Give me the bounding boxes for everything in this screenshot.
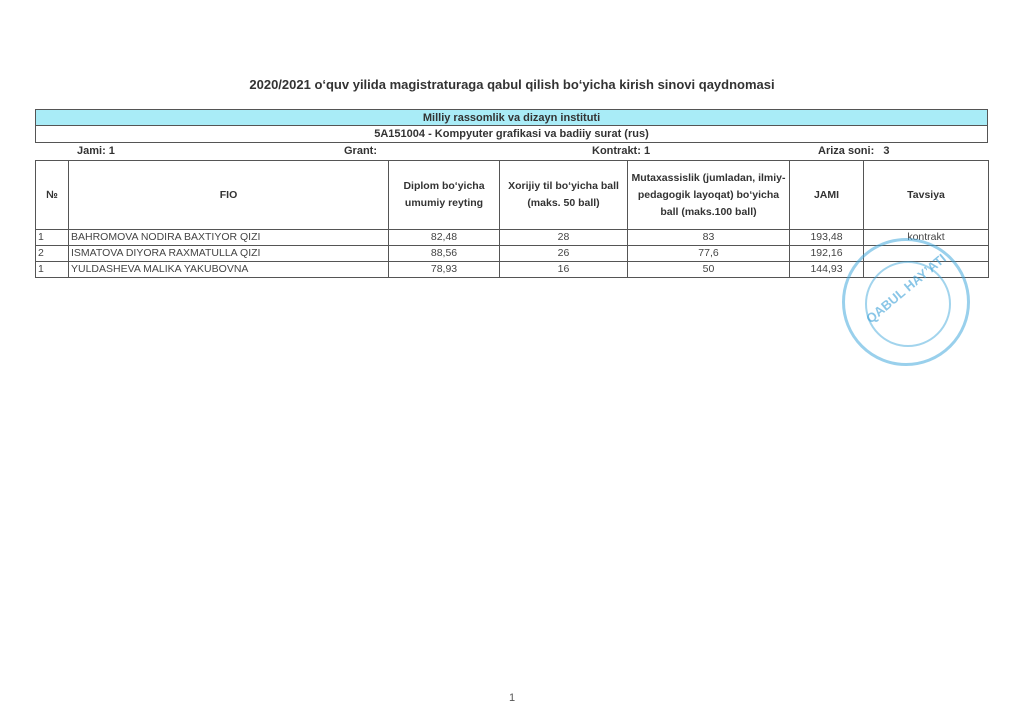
- header-tavsiya: Tavsiya: [864, 161, 989, 230]
- cell-fio: YULDASHEVA MALIKA YAKUBOVNA: [69, 262, 389, 278]
- header-diplom: Diplom bo‘yicha umumiy reyting: [389, 161, 500, 230]
- admission-sheet: Milliy rassomlik va dizayn instituti 5A1…: [35, 109, 988, 278]
- header-xorijiy: Xorijiy til bo‘yicha ball (maks. 50 ball…: [500, 161, 628, 230]
- table-header: № FIO Diplom bo‘yicha umumiy reyting Xor…: [36, 161, 989, 230]
- cell-fio: BAHROMOVA NODIRA BAXTIYOR QIZI: [69, 230, 389, 246]
- cell-diplom: 82,48: [389, 230, 500, 246]
- cell-xorijiy: 28: [500, 230, 628, 246]
- table-row: 2 ISMATOVA DIYORA RAXMATULLA QIZI 88,56 …: [36, 246, 989, 262]
- jami-count: Jami: 1: [77, 145, 115, 157]
- cell-number: 2: [36, 246, 69, 262]
- cell-diplom: 88,56: [389, 246, 500, 262]
- kontrakt-count: Kontrakt: 1: [592, 145, 650, 157]
- table-row: 1 YULDASHEVA MALIKA YAKUBOVNA 78,93 16 5…: [36, 262, 989, 278]
- page-number: 1: [0, 692, 1024, 704]
- cell-mutaxassislik: 83: [628, 230, 790, 246]
- ariza-count: Ariza soni: 3: [818, 145, 890, 157]
- cell-number: 1: [36, 262, 69, 278]
- cell-mutaxassislik: 50: [628, 262, 790, 278]
- institution-band: Milliy rassomlik va dizayn instituti: [35, 109, 988, 126]
- official-seal-icon: QABUL HAY’ATI: [842, 238, 970, 366]
- cell-jami: 193,48: [790, 230, 864, 246]
- cell-xorijiy: 16: [500, 262, 628, 278]
- header-mutaxassislik: Mutaxassislik (jumladan, ilmiy-pedagogik…: [628, 161, 790, 230]
- header-jami: JAMI: [790, 161, 864, 230]
- header-fio: FIO: [69, 161, 389, 230]
- cell-fio: ISMATOVA DIYORA RAXMATULLA QIZI: [69, 246, 389, 262]
- cell-number: 1: [36, 230, 69, 246]
- specialty-band: 5A151004 - Kompyuter grafikasi va badiiy…: [35, 126, 988, 143]
- summary-row: Jami: 1 Grant: Kontrakt: 1 Ariza soni: 3: [35, 143, 988, 160]
- header-number: №: [36, 161, 69, 230]
- cell-jami: 192,16: [790, 246, 864, 262]
- cell-diplom: 78,93: [389, 262, 500, 278]
- cell-mutaxassislik: 77,6: [628, 246, 790, 262]
- results-table: № FIO Diplom bo‘yicha umumiy reyting Xor…: [35, 160, 989, 278]
- cell-xorijiy: 26: [500, 246, 628, 262]
- document-title: 2020/2021 o‘quv yilida magistraturaga qa…: [0, 77, 1024, 92]
- grant-count: Grant:: [344, 145, 377, 157]
- table-row: 1 BAHROMOVA NODIRA BAXTIYOR QIZI 82,48 2…: [36, 230, 989, 246]
